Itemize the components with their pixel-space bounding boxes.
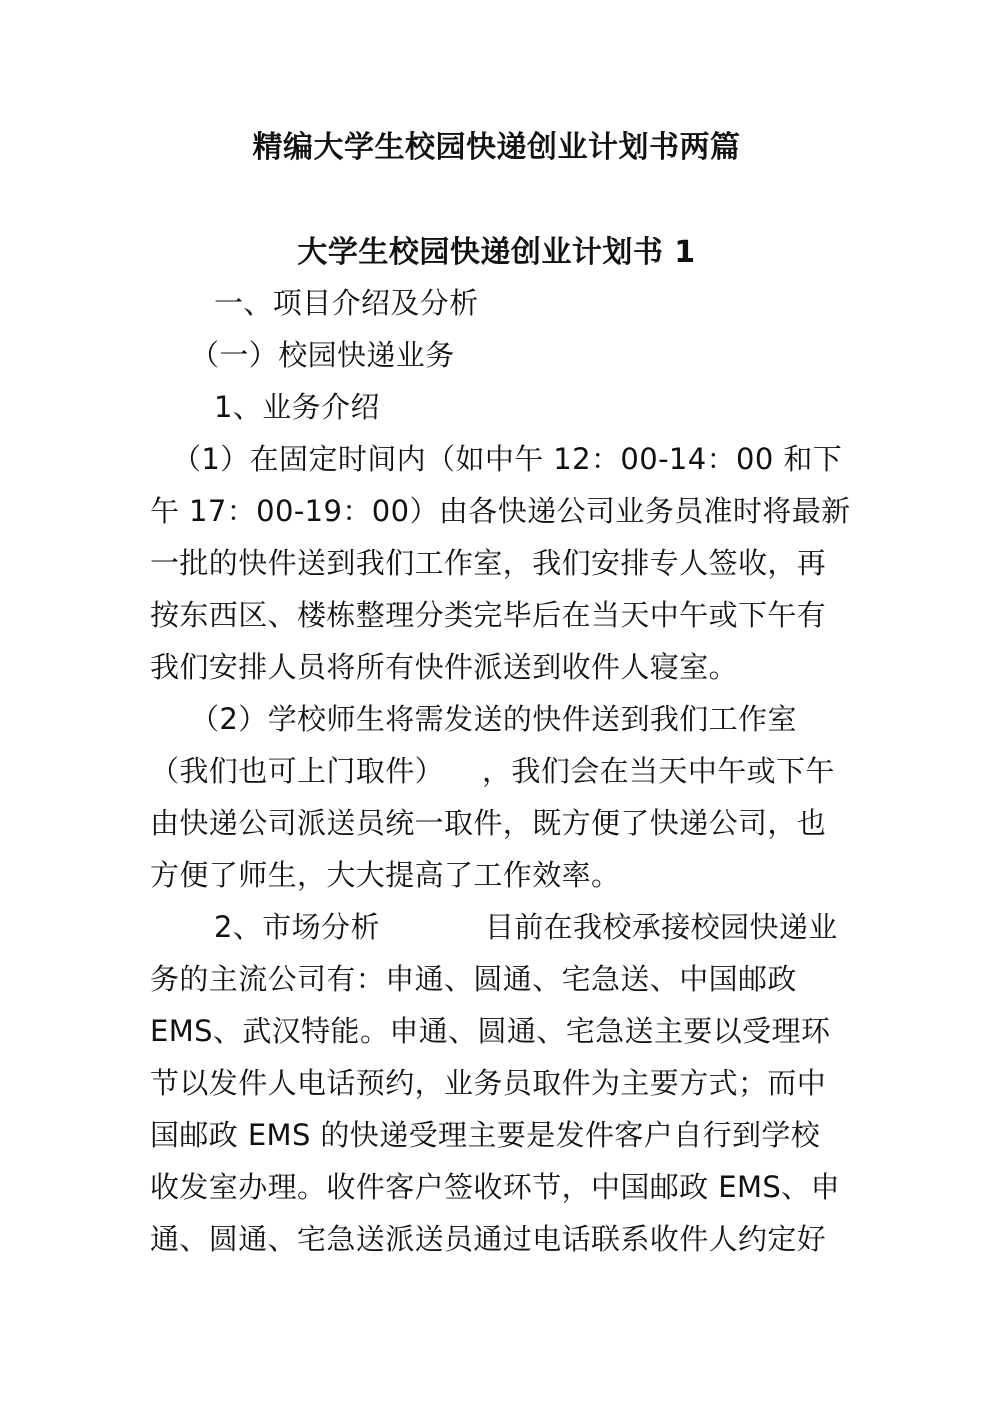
paragraph-line: EMS、武汉特能。申通、圆通、宅急送主要以受理环 bbox=[150, 1011, 850, 1051]
paragraph-line: （1）在固定时间内（如中午 12：00-14：00 和下 bbox=[172, 439, 872, 479]
document-page: 精编大学生校园快递创业计划书两篇 大学生校园快递创业计划书 1 一、项目介绍及分… bbox=[0, 0, 993, 1404]
paragraph-line: 节以发件人电话预约，业务员取件为主要方式；而中 bbox=[150, 1063, 850, 1103]
paragraph-line: （2）学校师生将需发送的快件送到我们工作室 bbox=[190, 699, 890, 739]
paragraph-fragment: ，我们会在当天中午或下午 bbox=[482, 754, 835, 788]
paragraph-line: 一批的快件送到我们工作室，我们安排专人签收，再 bbox=[150, 543, 850, 583]
paragraph-line-split: （我们也可上门取件），我们会在当天中午或下午 bbox=[150, 751, 850, 791]
paragraph-line: 由快递公司派送员统一取件，既方便了快递公司，也 bbox=[150, 803, 850, 843]
document-main-title: 精编大学生校园快递创业计划书两篇 bbox=[0, 128, 993, 168]
paragraph-line: 按东西区、楼栋整理分类完毕后在当天中午或下午有 bbox=[150, 595, 850, 635]
item-heading-business-intro: 1、业务介绍 bbox=[214, 387, 914, 427]
section-heading-project-intro: 一、项目介绍及分析 bbox=[214, 283, 914, 323]
paragraph-fragment: （我们也可上门取件） bbox=[150, 754, 444, 788]
paragraph-line: 通、圆通、宅急送派送员通过电话联系收件人约定好 bbox=[150, 1219, 850, 1259]
document-subtitle: 大学生校园快递创业计划书 1 bbox=[0, 233, 993, 273]
paragraph-line-split: 2、市场分析目前在我校承接校园快递业 bbox=[214, 907, 914, 947]
subsection-heading-campus-express: （一）校园快递业务 bbox=[190, 335, 890, 375]
paragraph-line: 收发室办理。收件客户签收环节，中国邮政 EMS、申 bbox=[150, 1167, 850, 1207]
paragraph-fragment: 目前在我校承接校园快递业 bbox=[485, 910, 838, 944]
paragraph-line: 我们安排人员将所有快件派送到收件人寝室。 bbox=[150, 647, 850, 687]
paragraph-line: 方便了师生，大大提高了工作效率。 bbox=[150, 855, 850, 895]
item-heading-market-analysis: 2、市场分析 bbox=[214, 910, 380, 944]
paragraph-line: 午 17：00-19：00）由各快递公司业务员准时将最新 bbox=[150, 491, 850, 531]
paragraph-line: 务的主流公司有：申通、圆通、宅急送、中国邮政 bbox=[150, 959, 850, 999]
paragraph-line: 国邮政 EMS 的快递受理主要是发件客户自行到学校 bbox=[150, 1115, 850, 1155]
